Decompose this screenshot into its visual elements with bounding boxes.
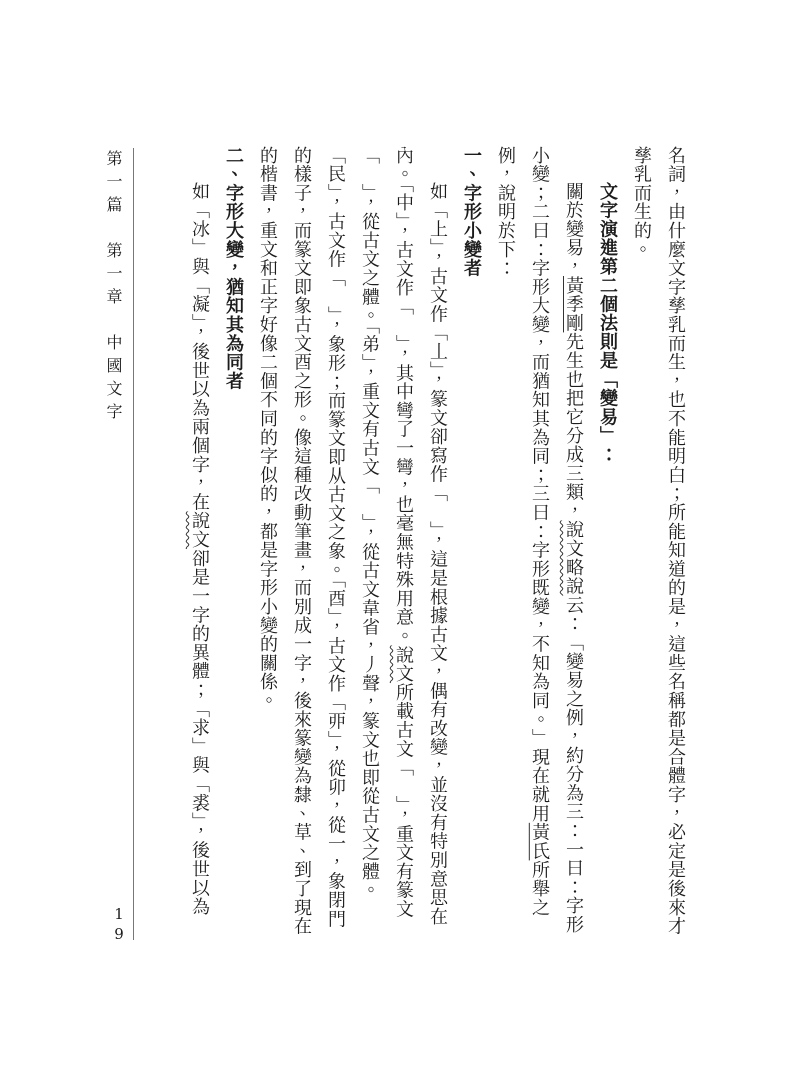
text-run: 先生也把它分成三類， (563, 332, 584, 520)
proper-noun-mark: 黃氏 (529, 823, 550, 861)
text-run: 一、字形小變者 (461, 146, 482, 278)
ancient-glyph: 丄 (427, 342, 448, 361)
text-run: 如「冰」與「凝」，後世以為兩個字，在 (189, 182, 210, 511)
main-text: 名詞，由什麼文字孳乳而生，也不能明白；所能知道的是，這些名稱都是合體字，必定是後… (136, 146, 692, 940)
text-run: 」，其中彎了一彎，也毫無特殊用意。 (393, 335, 414, 646)
chapter-margin-label: 第一篇 第一章 中國文字 (102, 150, 125, 790)
text-run: 關於變易， (563, 182, 584, 276)
text-run: 如「上」，古文作「 (427, 182, 448, 342)
text-run: 」，從古文之體。「弟」，重文有古文「 (359, 184, 380, 495)
ancient-glyph: 𡴋 (325, 287, 346, 306)
text-run: 所載古文「 (393, 683, 414, 777)
text-run: 文字演進第二個法則是「變易」： (597, 182, 618, 464)
body-paragraph: 名詞，由什麼文字孳乳而生，也不能明白；所能知道的是，這些名稱都是合體字，必定是後… (624, 146, 692, 940)
book-page: 第一篇 第一章 中國文字 19 名詞，由什麼文字孳乳而生，也不能明白；所能知道的… (0, 0, 800, 1087)
section-heading: 一、字形小變者 (454, 146, 488, 940)
book-title-mark: 說文 (189, 511, 210, 549)
ancient-glyph: 𦇻 (359, 165, 380, 184)
ancient-glyph: 𢇍 (393, 777, 414, 796)
body-paragraph: 如「冰」與「凝」，後世以為兩個字，在說文卻是一字的異體；「求」與「裘」，後世以為 (182, 146, 216, 940)
ancient-glyph: 丣 (325, 712, 346, 731)
body-paragraph: 關於變易，黃季剛先生也把它分成三類，說文略說云：「變易之例，約分為三：一曰：字形… (488, 146, 590, 940)
text-run: 卻是一字的異體；「求」與「裘」，後世以為 (189, 549, 210, 916)
text-run: 」，篆文卻寫作「 (427, 361, 448, 502)
ancient-glyph: 𠄞 (427, 502, 448, 521)
ancient-glyph: 𠂖 (359, 495, 380, 514)
section-heading: 文字演進第二個法則是「變易」： (590, 146, 624, 940)
ancient-glyph: 𠁧 (393, 316, 414, 335)
text-run: 二、字形大變，猶知其為同者 (223, 146, 244, 390)
proper-noun-mark: 黃季剛 (563, 276, 584, 332)
book-title-mark: 說文 (393, 645, 414, 683)
book-title-mark: 說文略說 (563, 520, 584, 595)
text-run: 」，象形；而篆文即从古文之象。「酉」，古文作「 (325, 306, 346, 711)
section-heading: 二、字形大變，猶知其為同者 (216, 146, 250, 940)
page-number: 19 (110, 905, 128, 945)
body-paragraph: 如「上」，古文作「丄」，篆文卻寫作「𠄞」，這是根據古文，偶有改變，並沒有特別意思… (250, 146, 454, 940)
text-run: 名詞，由什麼文字孳乳而生，也不能明白；所能知道的是，這些名稱都是合體字，必定是後… (631, 146, 686, 936)
margin-divider-line (133, 148, 134, 940)
